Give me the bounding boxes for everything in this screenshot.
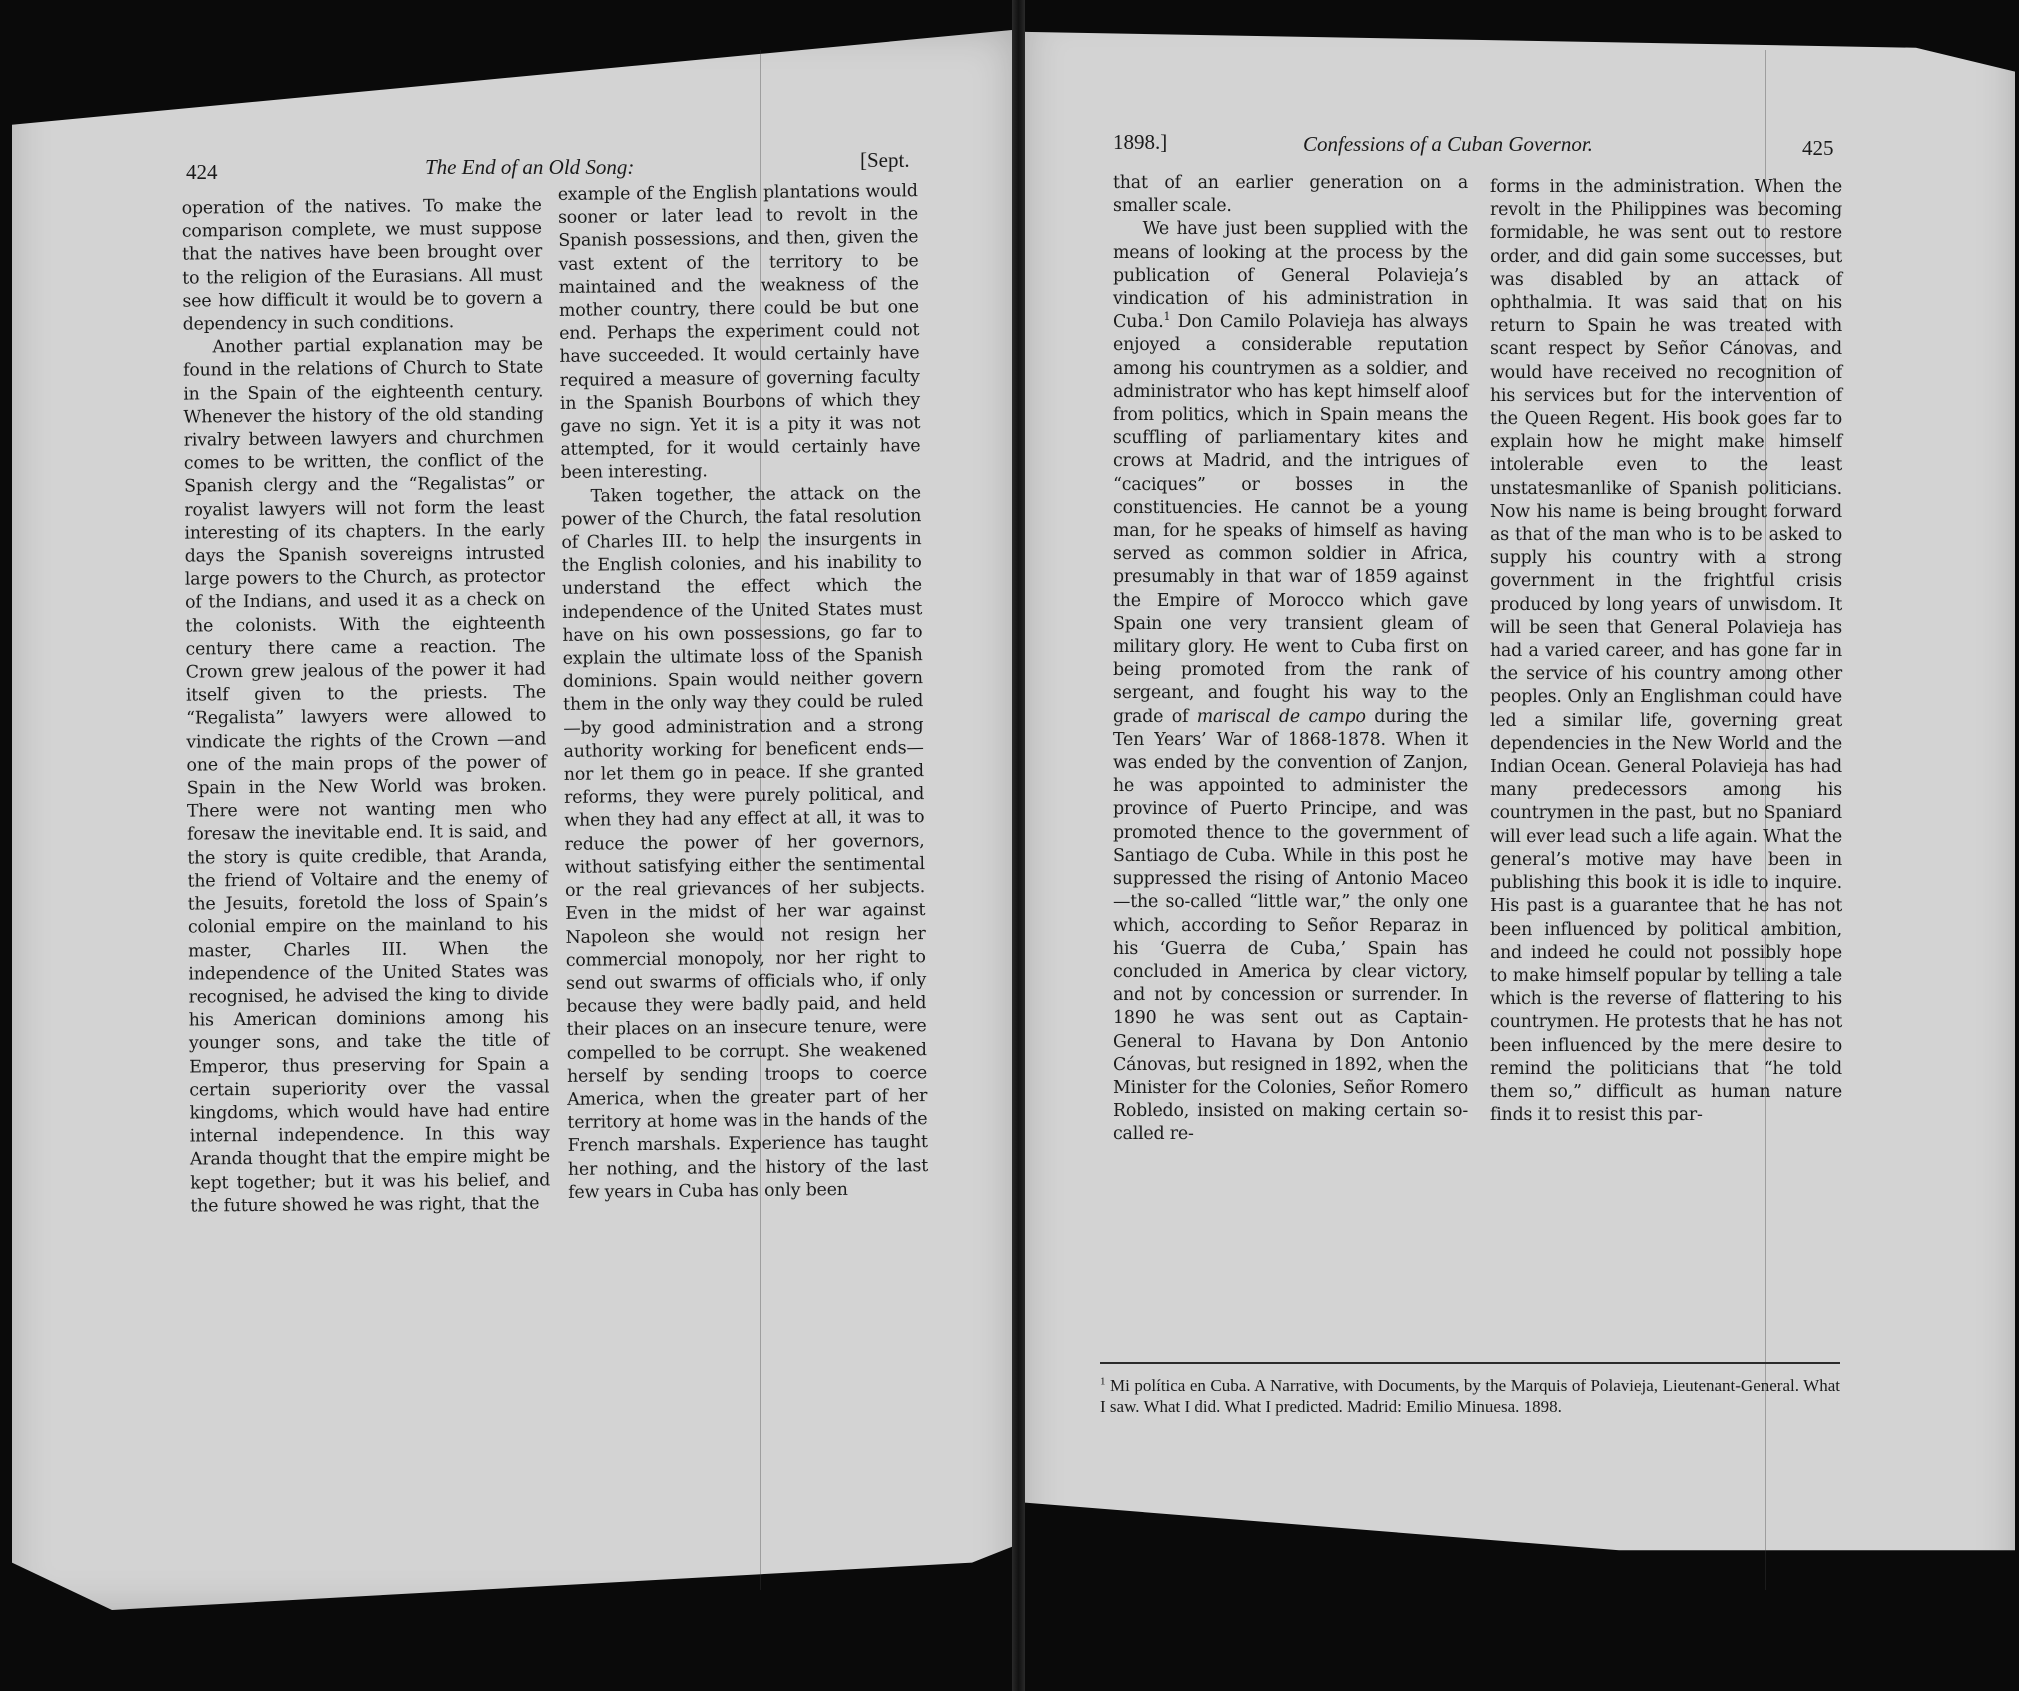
paragraph: forms in the administration. When the re… — [1490, 176, 1842, 1127]
footnote-rule — [1100, 1362, 1840, 1364]
right-column-1: that of an earlier generation on a small… — [1113, 172, 1468, 1147]
paragraph: that of an earlier generation on a small… — [1113, 172, 1468, 218]
italic-term: mariscal de campo — [1197, 707, 1366, 727]
page-number-424: 424 — [186, 160, 218, 184]
paragraph: operation of the natives. To make the co… — [182, 194, 543, 336]
date-bracket-text: 1898.] — [1113, 130, 1167, 154]
left-column-1: operation of the natives. To make the co… — [182, 194, 551, 1218]
date-bracket-text: [Sept. — [860, 148, 910, 172]
running-title-text: Confessions of a Cuban Governor. — [1303, 132, 1593, 156]
left-page-number: 424 — [186, 160, 218, 185]
paragraph: Taken together, the attack on the power … — [561, 482, 929, 1205]
right-page-number: 425 — [1802, 136, 1834, 161]
footnote-text: Mi política en Cuba. A Narrative, with D… — [1100, 1376, 1840, 1416]
page-number-425: 425 — [1802, 136, 1834, 160]
running-title-text: The End of an Old Song: — [425, 155, 634, 179]
left-column-2: example of the English plantations would… — [558, 180, 929, 1205]
right-date-bracket: 1898.] — [1113, 130, 1167, 155]
paragraph: Another partial explanation may be found… — [183, 334, 551, 1219]
right-running-title: Confessions of a Cuban Governor. — [1303, 132, 1593, 157]
paragraph: We have just been supplied with the mean… — [1113, 218, 1468, 1146]
book-gutter — [1012, 0, 1025, 1691]
right-column-2: forms in the administration. When the re… — [1490, 176, 1842, 1127]
paragraph-text: Don Camilo Polavieja has always enjoyed … — [1113, 312, 1468, 726]
paragraph: example of the English plantations would… — [558, 180, 921, 485]
left-date-bracket: [Sept. — [860, 148, 910, 173]
left-running-title: The End of an Old Song: — [425, 155, 634, 180]
paragraph-text: during the Ten Years’ War of 1868-1878. … — [1113, 707, 1468, 1145]
footnote: 1 Mi política en Cuba. A Narrative, with… — [1100, 1375, 1840, 1417]
